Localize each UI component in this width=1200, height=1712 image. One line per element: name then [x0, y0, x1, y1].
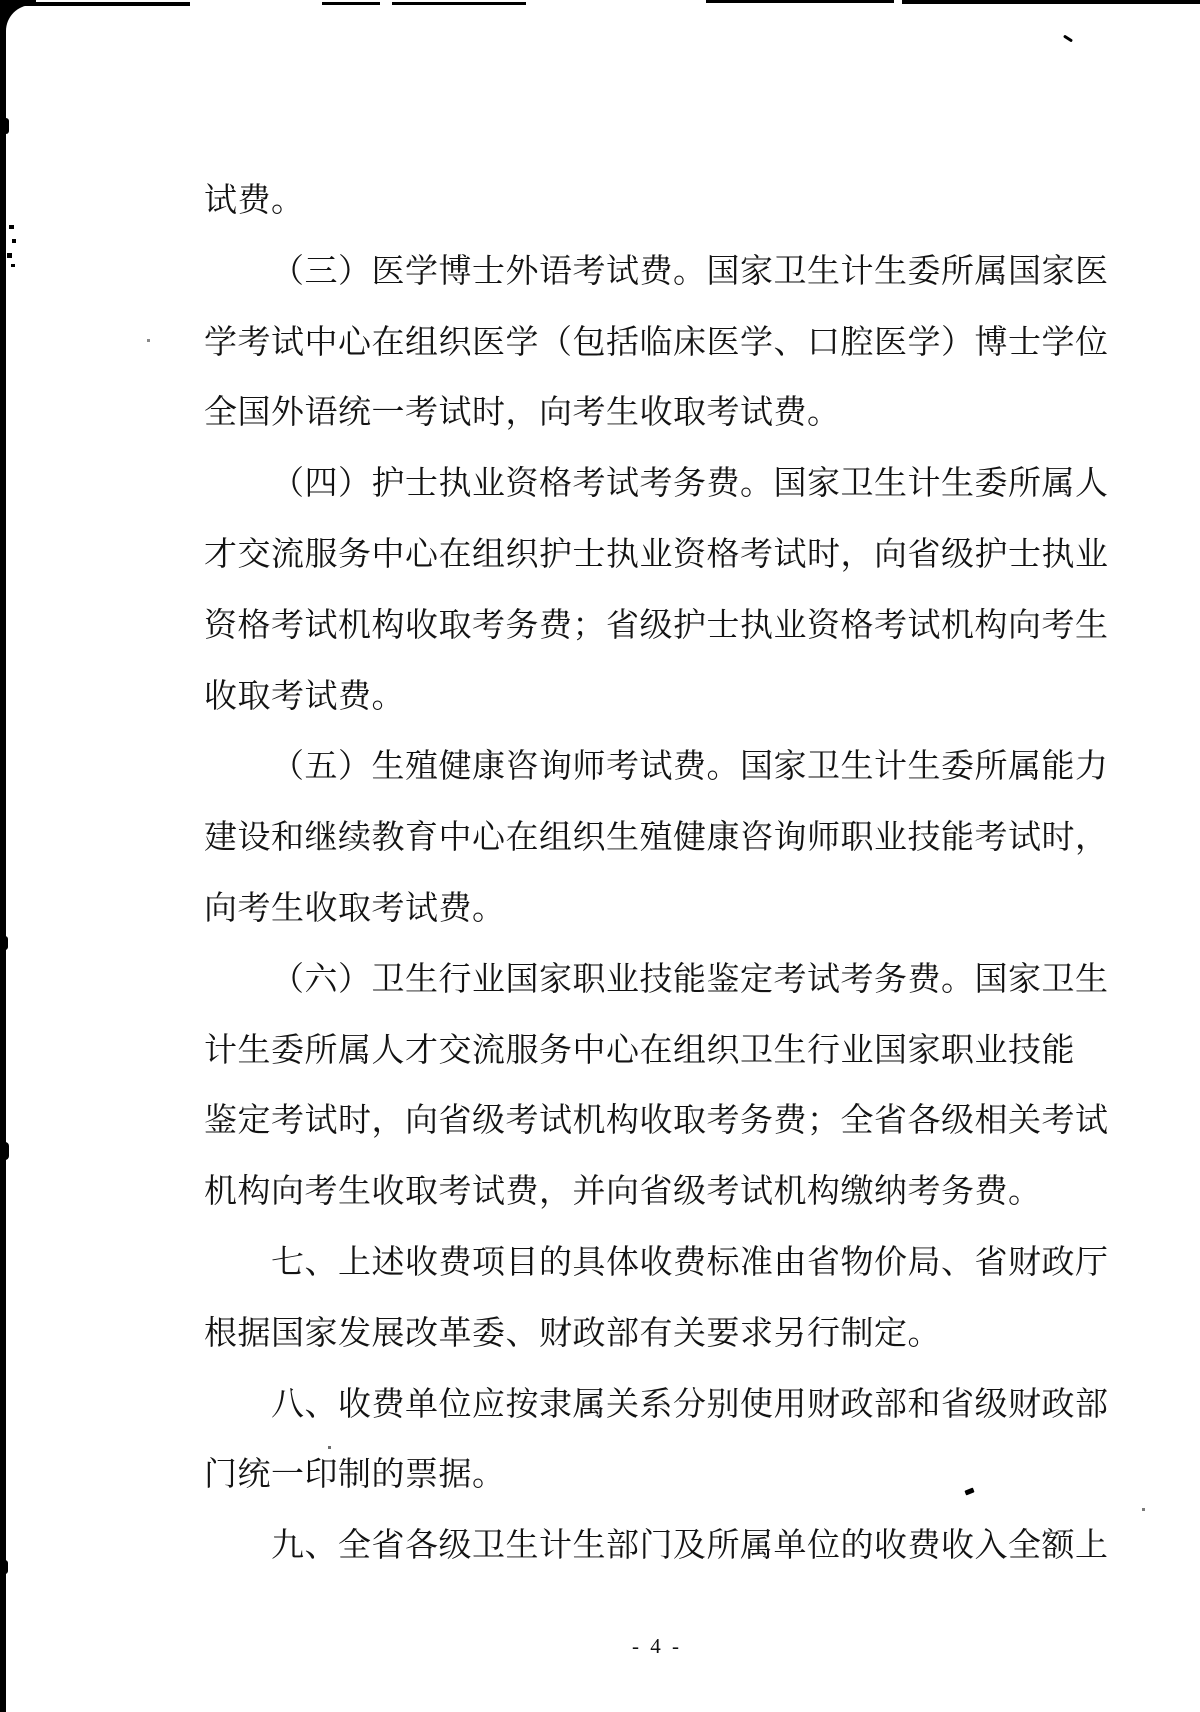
text-line: 资格考试机构收取考务费；省级护士执业资格考试机构向考生 [204, 591, 1110, 662]
text-line: 七、上述收费项目的具体收费标准由省物价局、省财政厅 [204, 1228, 1110, 1299]
scan-artifact-top-line [322, 2, 380, 5]
text-line: （五）生殖健康咨询师考试费。国家卫生计生委所属能力 [204, 732, 1110, 803]
scanned-document-page: 试费。 （三）医学博士外语考试费。国家卫生计生委所属国家医 学考试中心在组织医学… [0, 0, 1200, 1712]
text-line: （六）卫生行业国家职业技能鉴定考试考务费。国家卫生 [204, 945, 1110, 1016]
text-line: 机构向考生收取考试费，并向省级考试机构缴纳考务费。 [204, 1157, 1110, 1228]
text-line: 建设和继续教育中心在组织生殖健康咨询师职业技能考试时， [204, 803, 1110, 874]
scan-artifact-left-bump [0, 118, 9, 134]
ink-speck [9, 225, 14, 229]
page-number: - 4 - [204, 1634, 1110, 1659]
scan-artifact-top-line [902, 0, 1200, 4]
ink-speck [1063, 35, 1073, 43]
text-line: 根据国家发展改革委、财政部有关要求另行制定。 [204, 1299, 1110, 1370]
text-line: 鉴定考试时，向省级考试机构收取考务费；全省各级相关考试 [204, 1086, 1110, 1157]
text-line: 学考试中心在组织医学（包括临床医学、口腔医学）博士学位 [204, 308, 1110, 379]
text-line: 试费。 [204, 166, 1110, 237]
text-line: 门统一印制的票据。 [204, 1440, 1110, 1511]
text-line: （三）医学博士外语考试费。国家卫生计生委所属国家医 [204, 237, 1110, 308]
ink-speck [1142, 1508, 1145, 1511]
scan-artifact-left-bump [0, 1560, 8, 1574]
ink-speck [147, 339, 150, 342]
ink-speck [11, 264, 15, 267]
scan-artifact-top-line [392, 2, 526, 5]
text-line: 收取考试费。 [204, 662, 1110, 733]
text-line: 才交流服务中心在组织护士执业资格考试时，向省级护士执业 [204, 520, 1110, 591]
document-body: 试费。 （三）医学博士外语考试费。国家卫生计生委所属国家医 学考试中心在组织医学… [204, 166, 1110, 1582]
scan-artifact-left-edge [0, 0, 6, 1712]
ink-speck [12, 239, 16, 243]
scan-artifact-top-line [706, 0, 894, 3]
ink-speck [7, 253, 12, 258]
text-line: 九、全省各级卫生计生部门及所属单位的收费收入全额上 [204, 1511, 1110, 1582]
scan-artifact-corner-cutout [6, 5, 70, 69]
text-line: 计生委所属人才交流服务中心在组织卫生行业国家职业技能 [204, 1016, 1110, 1087]
text-line: （四）护士执业资格考试考务费。国家卫生计生委所属人 [204, 449, 1110, 520]
scan-artifact-left-bump [0, 936, 8, 950]
text-line: 全国外语统一考试时，向考生收取考试费。 [204, 378, 1110, 449]
scan-artifact-top-line [8, 2, 190, 6]
text-line: 八、收费单位应按隶属关系分别使用财政部和省级财政部 [204, 1370, 1110, 1441]
text-line: 向考生收取考试费。 [204, 874, 1110, 945]
scan-artifact-left-bump [0, 1142, 9, 1160]
